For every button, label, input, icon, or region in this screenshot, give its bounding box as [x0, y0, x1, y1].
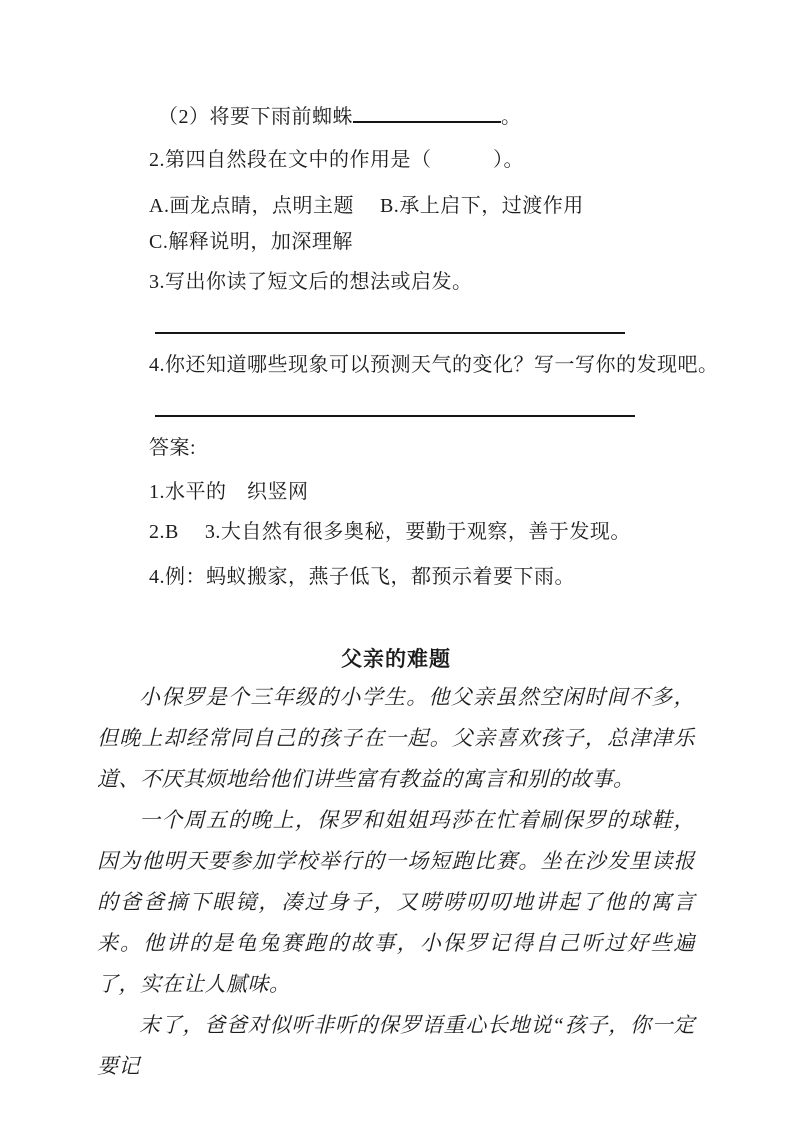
- answer-rule-1: [155, 332, 625, 334]
- question-4: 4.你还知道哪些现象可以预测天气的变化？写一写你的发现吧。: [149, 352, 719, 378]
- story-title: 父亲的难题: [97, 643, 695, 673]
- story-paragraph-2: 一个周五的晚上，保罗和姐姐玛莎在忙着刷保罗的球鞋，因为他明天要参加学校举行的一场…: [97, 800, 695, 1005]
- story-paragraph-1: 小保罗是个三年级的小学生。他父亲虽然空闲时间不多，但晚上却经常同自己的孩子在一起…: [97, 677, 695, 800]
- answer-line-2: 2.B 3.大自然有很多奥秘，要勤于观察，善于发现。: [149, 519, 631, 545]
- question-2: 2.第四自然段在文中的作用是（ ）。: [149, 147, 524, 173]
- story-body: 小保罗是个三年级的小学生。他父亲虽然空闲时间不多，但晚上却经常同自己的孩子在一起…: [97, 677, 695, 1087]
- question-1-sub2-period: 。: [501, 106, 522, 128]
- answer-blank-underline: [353, 102, 501, 123]
- question-1-sub2: （2）将要下雨前蜘蛛。: [158, 102, 522, 130]
- question-1-sub2-text: （2）将要下雨前蜘蛛: [158, 106, 353, 128]
- question-2-options-ab: A.画龙点睛，点明主题 B.承上启下，过渡作用: [149, 193, 584, 219]
- answer-line-1: 1.水平的 织竖网: [149, 479, 309, 505]
- answer-rule-2: [155, 415, 635, 417]
- story-paragraph-3: 末了，爸爸对似听非听的保罗语重心长地说“孩子，你一定要记: [97, 1005, 695, 1087]
- answers-label: 答案:: [149, 435, 196, 461]
- question-2-option-c: C.解释说明，加深理解: [149, 229, 353, 255]
- answer-line-3: 4.例：蚂蚁搬家，燕子低飞，都预示着要下雨。: [149, 564, 575, 590]
- worksheet-page: （2）将要下雨前蜘蛛。 2.第四自然段在文中的作用是（ ）。 A.画龙点睛，点明…: [0, 0, 793, 1122]
- question-3: 3.写出你读了短文后的想法或启发。: [149, 269, 473, 295]
